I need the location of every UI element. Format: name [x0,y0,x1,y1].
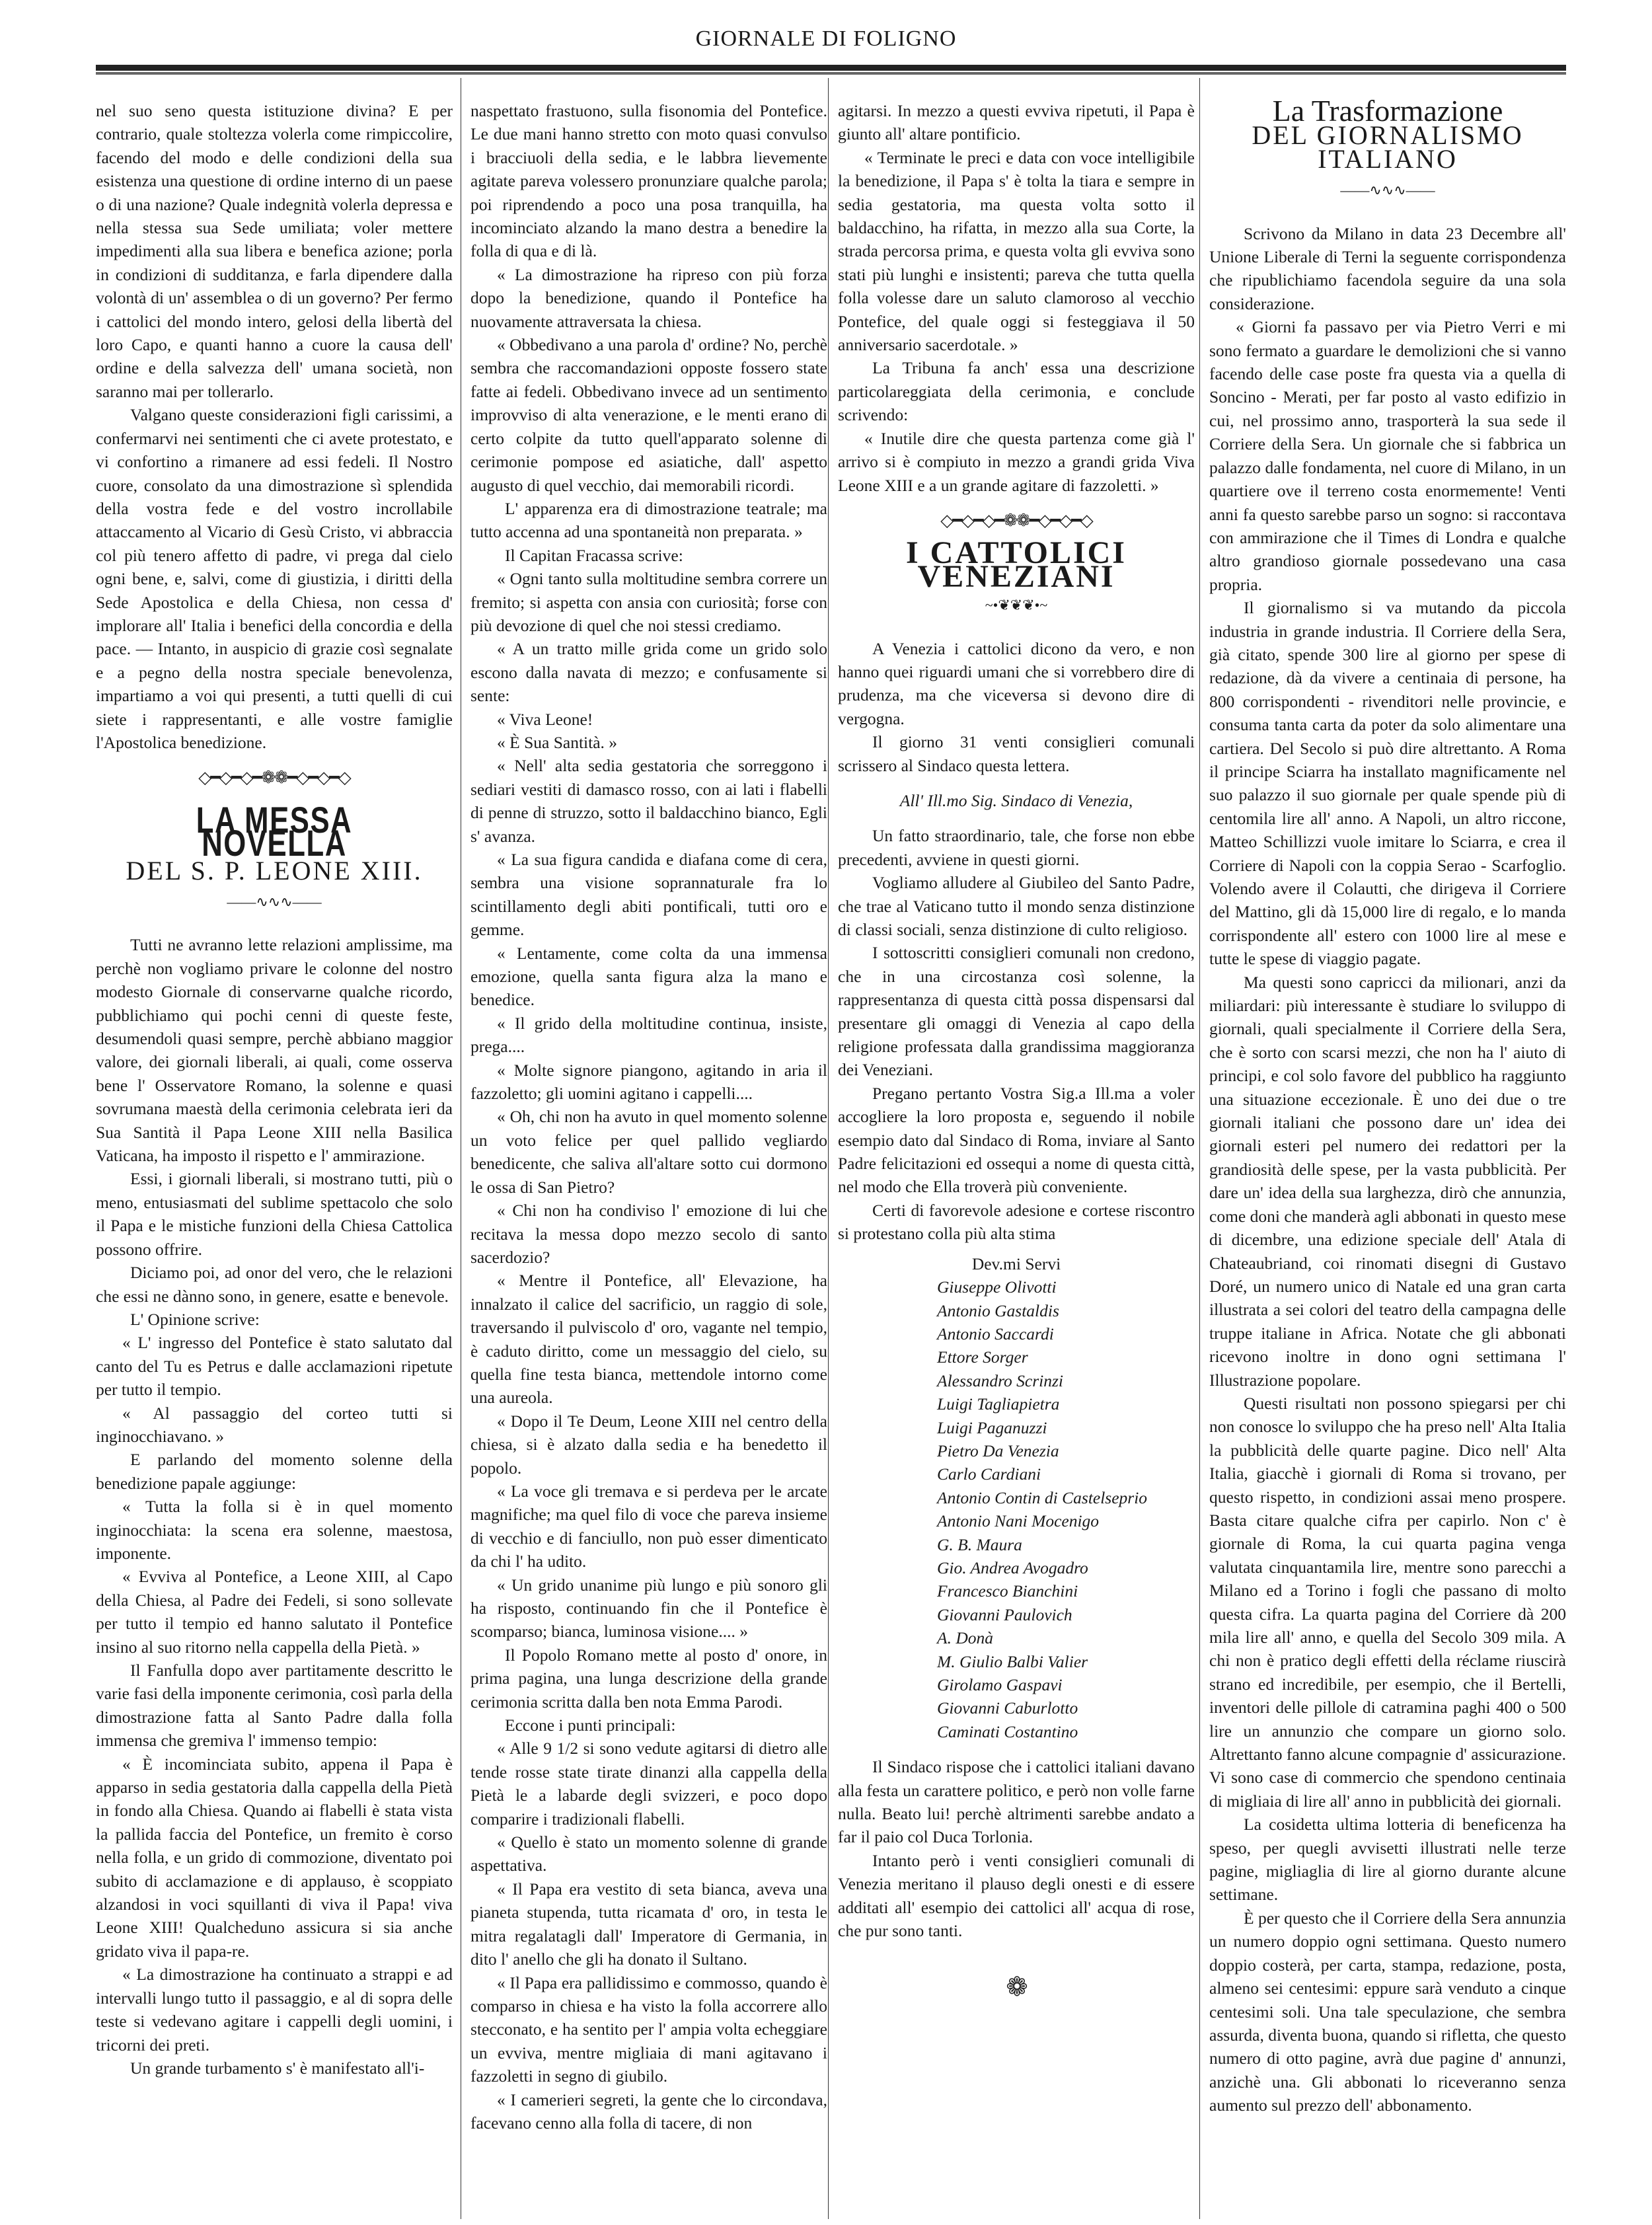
paragraph: Eccone i punti principali: [470,1714,827,1737]
paragraph: È per questo che il Corriere della Sera … [1209,1906,1566,2117]
paragraph: Il giorno 31 venti consiglieri comunali … [838,730,1195,777]
signatory: Alessandro Scrinzi [838,1369,1195,1392]
signatory: Girolamo Gaspavi [838,1673,1195,1696]
column-3: agitarsi. In mezzo a questi evviva ripet… [838,99,1195,2006]
column-1: nel suo seno questa istituzione divina? … [96,99,453,2080]
signatory: Luigi Paganuzzi [838,1416,1195,1439]
quote-paragraph: « Un grido unanime più lungo e più sonor… [470,1573,827,1643]
signatory: Antonio Gastaldis [838,1299,1195,1322]
quote-paragraph: « La sua figura candida e diafana come d… [470,848,827,942]
paragraph: agitarsi. In mezzo a questi evviva ripet… [838,99,1195,146]
signatory: G. B. Maura [838,1533,1195,1556]
article-title: LA MESSA NOVELLA [135,808,413,855]
paragraph: L' apparenza era di dimostrazione teatra… [470,497,827,544]
paragraph: nel suo seno questa istituzione divina? … [96,99,453,403]
quote-paragraph: « La dimostrazione ha ripreso con più fo… [470,263,827,333]
signatory: Pietro Da Venezia [838,1439,1195,1462]
paragraph: A Venezia i cattolici dicono da vero, e … [838,637,1195,731]
quote-paragraph: « Evviva al Pontefice, a Leone XIII, al … [96,1565,453,1659]
paragraph: Ma questi sono capricci da milionari, an… [1209,971,1566,1392]
end-ornament-icon: ❁ [838,1975,1195,1998]
paragraph: La cosidetta ultima lotteria di benefice… [1209,1813,1566,1906]
squiggle-rule-icon: ——∿∿∿—— [1209,178,1566,202]
paragraph: L' Opinione scrive: [96,1308,453,1331]
signatory: A. Donà [838,1626,1195,1649]
quote-paragraph: « I camerieri segreti, la gente che lo c… [470,2088,827,2135]
paragraph: Scrivono da Milano in data 23 Decembre a… [1209,222,1566,316]
paragraph: Essi, i giornali liberali, si mostrano t… [96,1167,453,1261]
paragraph: naspettato frastuono, sulla fisonomia de… [470,99,827,263]
quote-paragraph: « Inutile dire che questa partenza come … [838,427,1195,497]
letter-signoff: Dev.mi Servi [838,1252,1195,1275]
quote-paragraph: « Il Papa era pallidissimo e commosso, q… [470,1971,827,2088]
quote-paragraph: « Viva Leone! [470,708,827,731]
ornamental-divider-icon: ◇━◇━◇━❁❁━◇━◇━◇ [96,766,453,789]
paragraph: Questi risultati non possono spiegarsi p… [1209,1392,1566,1813]
quote-paragraph: « Mentre il Pontefice, all' Elevazione, … [470,1269,827,1409]
article-title: La Trasformazione [1209,99,1566,122]
paragraph: Diciamo poi, ad onor del vero, che le re… [96,1261,453,1308]
signatory: Antonio Saccardi [838,1322,1195,1345]
quote-paragraph: « È incominciata subito, appena il Papa … [96,1753,453,1963]
paragraph: Il Capitan Fracassa scrive: [470,544,827,567]
signatory: Antonio Contin di Castelseprio [838,1486,1195,1509]
quote-paragraph: « Al passaggio del corteo tutti si ingin… [96,1402,453,1449]
paragraph: La Tribuna fa anch' essa una descrizione… [838,356,1195,426]
ornamental-divider-icon: ◇━◇━◇━❁❁━◇━◇━◇ [838,509,1195,532]
article-subtitle: DEL GIORNALISMO ITALIANO [1209,124,1566,170]
signatory: Giovanni Caburlotto [838,1696,1195,1719]
letter-paragraph: Un fatto straordinario, tale, che forse … [838,824,1195,871]
signatory: Giovanni Paulovich [838,1603,1195,1626]
letter-paragraph: Pregano pertanto Vostra Sig.a Ill.ma a v… [838,1082,1195,1199]
quote-paragraph: « La voce gli tremava e si perdeva per l… [470,1480,827,1573]
quote-paragraph: « Molte signore piangono, agitando in ar… [470,1059,827,1106]
quote-paragraph: « Chi non ha condiviso l' emozione di lu… [470,1199,827,1269]
squiggle-rule-icon: ——∿∿∿—— [96,890,453,913]
column-divider [461,78,461,2219]
paragraph: Il giornalismo si va mutando da piccola … [1209,596,1566,971]
signatory: Gio. Andrea Avogadro [838,1556,1195,1579]
masthead-rule [96,65,1566,72]
signatory: Ettore Sorger [838,1345,1195,1369]
quote-paragraph: « Obbedivano a una parola d' ordine? No,… [470,333,827,497]
quote-paragraph: « Oh, chi non ha avuto in quel momento s… [470,1105,827,1199]
signatory: Carlo Cardiani [838,1462,1195,1486]
paragraph: Un grande turbamento s' è manifestato al… [96,2056,453,2080]
quote-paragraph: « Terminate le preci e data con voce int… [838,146,1195,357]
signatory: Caminati Costantino [838,1720,1195,1743]
paragraph: Tutti ne avranno lette relazioni ampliss… [96,933,453,1167]
quote-paragraph: « Il grido della moltitudine continua, i… [470,1012,827,1059]
signatory: Francesco Bianchini [838,1579,1195,1603]
quote-paragraph: « È Sua Santità. » [470,731,827,754]
quote-paragraph: « Lentamente, come colta da una immensa … [470,942,827,1012]
quote-paragraph: « Il Papa era vestito di seta bianca, av… [470,1877,827,1971]
paragraph: Il Sindaco rispose che i cattolici itali… [838,1755,1195,1849]
signatory: Luigi Tagliapietra [838,1392,1195,1415]
paragraph: Il Fanfulla dopo aver partitamente descr… [96,1659,453,1753]
masthead-title: GIORNALE DI FOLIGNO [0,26,1652,52]
quote-paragraph: « Nell' alta sedia gestatoria che sorreg… [470,754,827,848]
signatory: Giuseppe Olivotti [838,1275,1195,1299]
quote-paragraph: « Giorni fa passavo per via Pietro Verri… [1209,315,1566,596]
letter-paragraph: I sottoscritti consiglieri comunali non … [838,941,1195,1081]
paragraph: E parlando del momento solenne della ben… [96,1448,453,1495]
quote-paragraph: « Alle 9 1/2 si sono vedute agitarsi di … [470,1737,827,1830]
signatory: M. Giulio Balbi Valier [838,1650,1195,1673]
letter-salutation: All' Ill.mo Sig. Sindaco di Venezia, [838,789,1195,812]
quote-paragraph: « Ogni tanto sulla moltitudine sembra co… [470,567,827,637]
paragraph: Valgano queste considerazioni figli cari… [96,403,453,754]
quote-paragraph: « Quello è stato un momento solenne di g… [470,1830,827,1877]
signatory: Antonio Nani Mocenigo [838,1509,1195,1532]
paragraph: Il Popolo Romano mette al posto d' onore… [470,1643,827,1714]
quote-paragraph: « Dopo il Te Deum, Leone XIII nel centro… [470,1410,827,1480]
letter-paragraph: Certi di favorevole adesione e cortese r… [838,1199,1195,1246]
column-2: naspettato frastuono, sulla fisonomia de… [470,99,827,2134]
column-4: La Trasformazione DEL GIORNALISMO ITALIA… [1209,99,1566,2117]
quote-paragraph: « La dimostrazione ha continuato a strap… [96,1963,453,2056]
floral-rule-icon: ~•❦❦❦•~ [838,593,1195,617]
article-title: I CATTOLICI VENEZIANI [838,541,1195,588]
quote-paragraph: « Tutta la folla si è in quel momento in… [96,1495,453,1565]
quote-paragraph: « L' ingresso del Pontefice è stato salu… [96,1331,453,1401]
column-divider [828,78,829,2219]
letter-paragraph: Vogliamo alludere al Giubileo del Santo … [838,871,1195,941]
column-divider [1199,78,1200,2219]
quote-paragraph: « A un tratto mille grida come un grido … [470,637,827,707]
paragraph: Intanto però i venti consiglieri comunal… [838,1849,1195,1943]
